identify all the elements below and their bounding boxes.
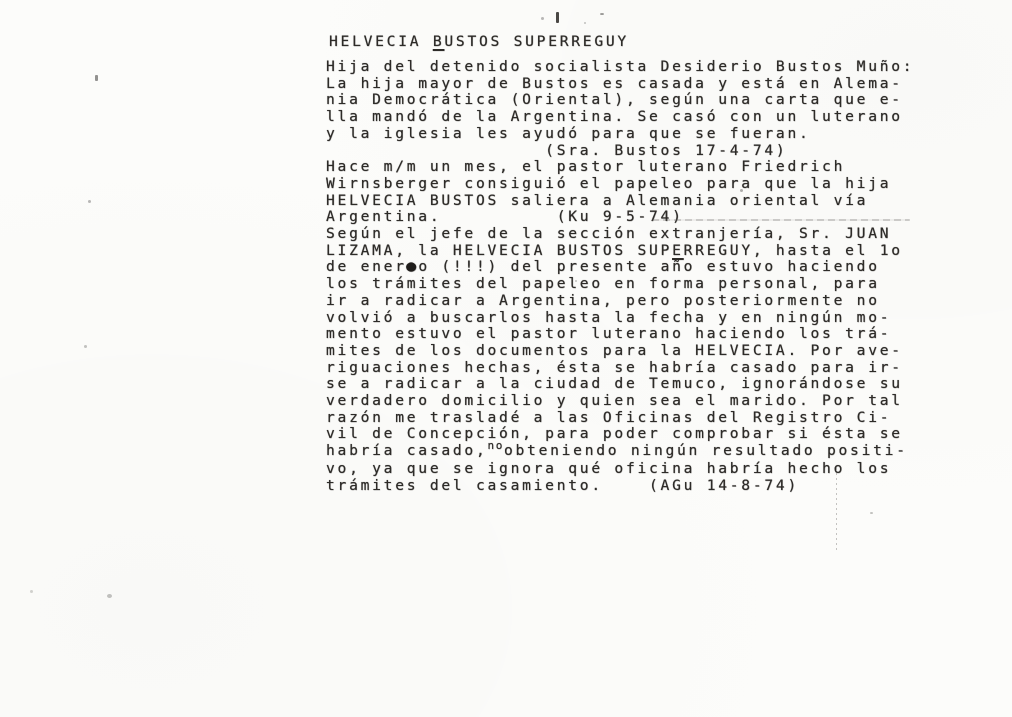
text-segment: Según el jefe de la sección extranjería,… <box>326 225 891 242</box>
document-title: HELVECIA BUSTOS SUPERREGUY <box>329 33 629 50</box>
text-segment: se a radicar a la ciudad de Temuco, igno… <box>326 375 903 392</box>
text-line: habría casado,noobteniendo ningún result… <box>326 443 914 461</box>
text-line: y la iglesia les ayudó para que se fuera… <box>326 126 914 143</box>
text-line: Hija del detenido socialista Desiderio B… <box>326 59 914 76</box>
text-segment: LIZAMA, la HELVECIA BUSTOS SUP <box>326 242 672 259</box>
text-segment: vil de Concepción, para poder comprobar … <box>326 425 903 442</box>
scan-artifact <box>600 13 604 15</box>
text-segment: los trámites del papeleo en forma person… <box>326 275 880 292</box>
scan-artifact <box>88 200 91 203</box>
text-line: vil de Concepción, para poder comprobar … <box>326 426 914 443</box>
text-segment: verdadero domicilio y quien sea el marid… <box>326 392 903 409</box>
text-segment: HELVECIA BUSTOS saliera a Alemania orien… <box>326 192 868 209</box>
text-line: verdadero domicilio y quien sea el marid… <box>326 393 914 410</box>
text-line: nia Democrática (Oriental), según una ca… <box>326 92 914 109</box>
text-segment: nia Democrática (Oriental), según una ca… <box>326 91 903 108</box>
text-line: se a radicar a la ciudad de Temuco, igno… <box>326 376 914 393</box>
document-lines: Hija del detenido socialista Desiderio B… <box>326 59 914 494</box>
text-line: lla mandó de la Argentina. Se casó con u… <box>326 109 914 126</box>
text-segment: mites de los documentos para la HELVECIA… <box>326 342 903 359</box>
text-segment: habría casado, <box>326 442 488 459</box>
text-segment: lla mandó de la Argentina. Se casó con u… <box>326 108 903 125</box>
text-line: Según el jefe de la sección extranjería,… <box>326 226 914 243</box>
text-segment: Wirnsberger consiguió el papeleo para qu… <box>326 175 891 192</box>
text-segment: Hija del detenido socialista Desiderio B… <box>326 58 914 75</box>
text-line: de ener●o (!!!) del presente año estuvo … <box>326 259 914 276</box>
scan-artifact <box>556 12 559 23</box>
text-segment: razón me trasladé a las Oficinas del Reg… <box>326 409 891 426</box>
text-segment: HELVECIA <box>329 33 433 50</box>
text-segment: de ener <box>326 258 407 275</box>
underlined-text: E <box>672 242 684 259</box>
text-line: ir a radicar a Argentina, pero posterior… <box>326 293 914 310</box>
text-line: vo, ya que se ignora qué oficina habría … <box>326 461 914 478</box>
text-segment: USTOS SUPERREGUY <box>444 33 629 50</box>
text-line: Wirnsberger consiguió el papeleo para qu… <box>326 176 914 193</box>
text-segment: RREGUY, hasta el 1o <box>684 242 903 259</box>
text-segment: ir a radicar a Argentina, pero posterior… <box>326 292 880 309</box>
text-segment: vo, ya que se ignora qué oficina habría … <box>326 460 891 477</box>
text-line: razón me trasladé a las Oficinas del Reg… <box>326 410 914 427</box>
text-segment: Argentina. (Ku 9-5-74) <box>326 208 684 225</box>
typo-blot: ● <box>406 259 419 277</box>
scan-artifact <box>870 512 873 514</box>
text-segment: obteniendo ningún resultado positi- <box>504 442 908 459</box>
text-line: mento estuvo el pastor luterano haciendo… <box>326 326 914 343</box>
scan-artifact <box>541 17 544 20</box>
text-line: trámites del casamiento. (AGu 14-8-74) <box>326 478 914 495</box>
text-line: riguaciones hechas, ésta se habría casad… <box>326 360 914 377</box>
text-segment: riguaciones hechas, ésta se habría casad… <box>326 359 903 376</box>
scan-artifact <box>95 75 98 81</box>
scan-artifact <box>107 594 112 598</box>
text-line: Hace m/m un mes, el pastor luterano Frie… <box>326 159 914 176</box>
text-line: volvió a buscarlos hasta la fecha y en n… <box>326 310 914 327</box>
text-segment: volvió a buscarlos hasta la fecha y en n… <box>326 309 891 326</box>
text-segment: y la iglesia les ayudó para que se fuera… <box>326 125 811 142</box>
text-segment: La hija mayor de Bustos es casada y está… <box>326 75 903 92</box>
text-line: mites de los documentos para la HELVECIA… <box>326 343 914 360</box>
superscript-insertion: no <box>488 439 504 452</box>
underlined-text: B <box>433 33 445 50</box>
text-line: (Sra. Bustos 17-4-74) <box>326 143 914 160</box>
text-line: Argentina. (Ku 9-5-74) <box>326 209 914 226</box>
text-segment: Hace m/m un mes, el pastor luterano Frie… <box>326 158 845 175</box>
text-segment: trámites del casamiento. (AGu 14-8-74) <box>326 477 799 494</box>
text-line: La hija mayor de Bustos es casada y está… <box>326 76 914 93</box>
text-segment: (Sra. Bustos 17-4-74) <box>326 142 787 159</box>
text-segment: mento estuvo el pastor luterano haciendo… <box>326 325 891 342</box>
text-segment: o (!!!) del presente año estuvo haciendo <box>418 258 879 275</box>
text-line: los trámites del papeleo en forma person… <box>326 276 914 293</box>
scan-artifact <box>584 22 586 24</box>
scan-artifact <box>84 345 87 348</box>
scan-artifact <box>30 590 33 593</box>
scanned-document-page: HELVECIA BUSTOS SUPERREGUY Hija del dete… <box>0 0 1012 717</box>
text-line: HELVECIA BUSTOS saliera a Alemania orien… <box>326 193 914 210</box>
